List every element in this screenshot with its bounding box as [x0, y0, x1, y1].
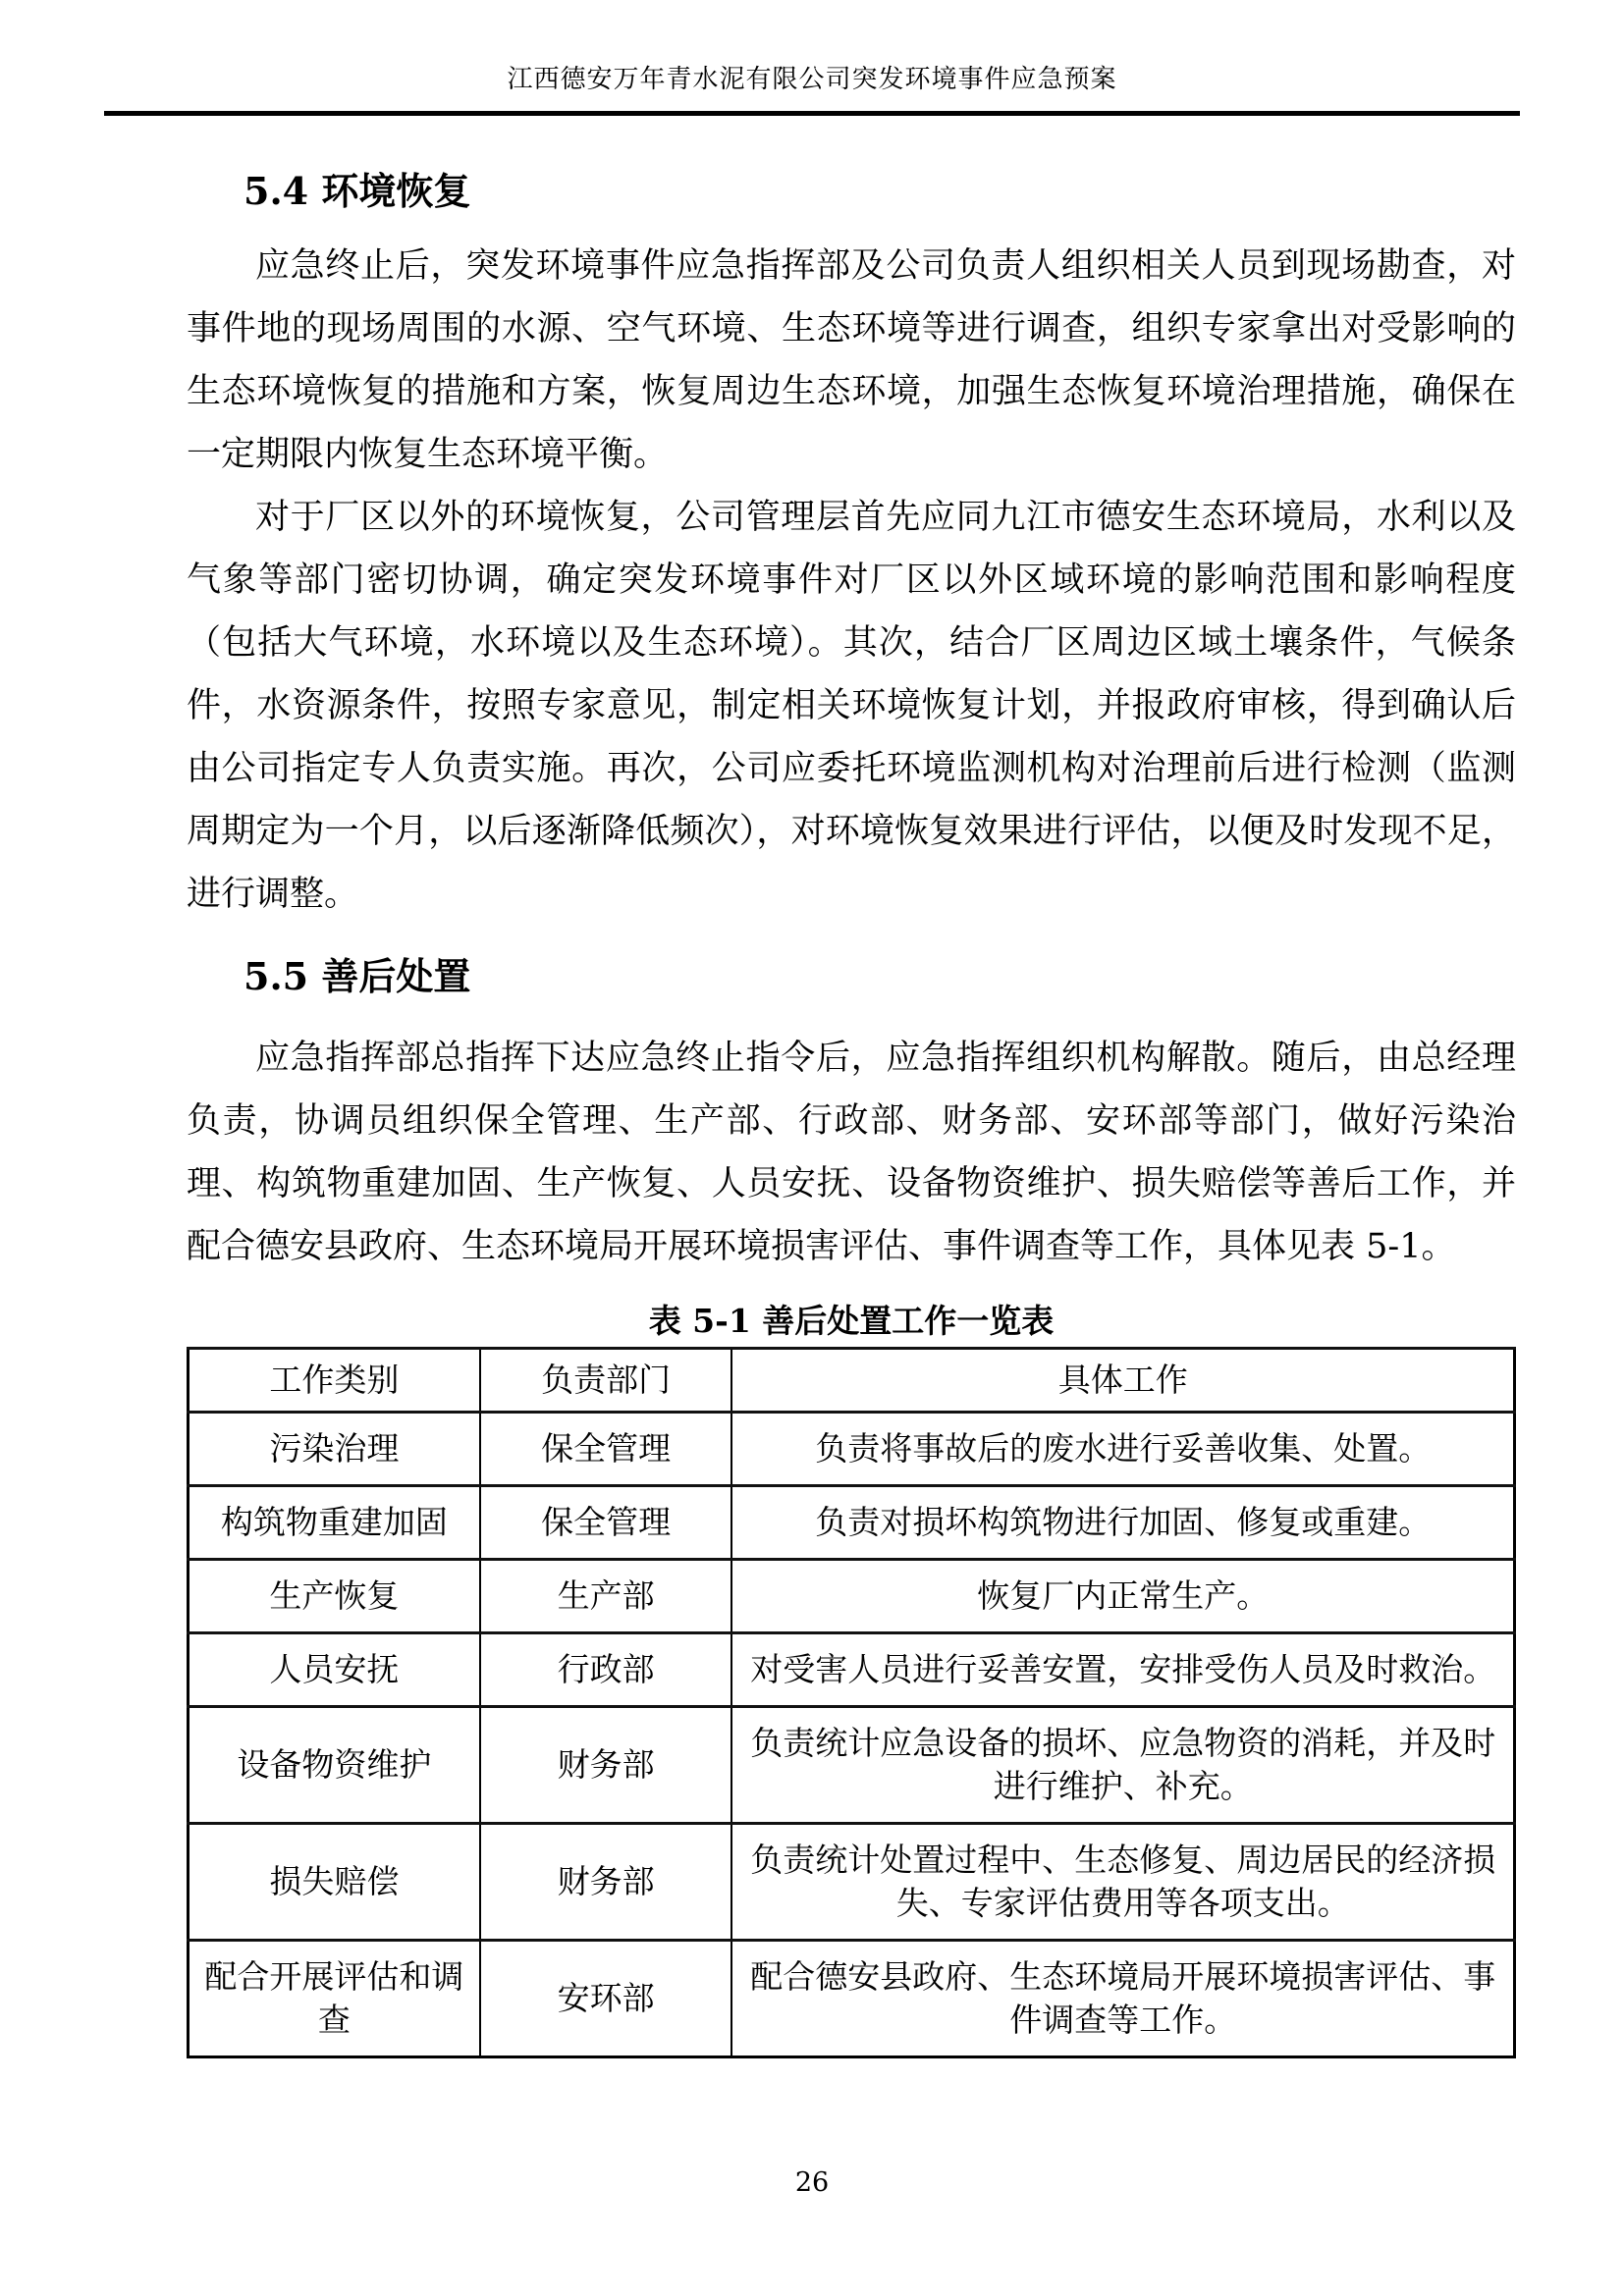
cell-responsible-dept: 安环部 [480, 1941, 732, 2057]
cell-specific-work: 配合德安县政府、生态环境局开展环境损害评估、事件调查等工作。 [731, 1941, 1514, 2057]
table-row: 污染治理 保全管理 负责将事故后的废水进行妥善收集、处置。 [189, 1413, 1515, 1486]
page-footer: 26 [0, 2167, 1624, 2198]
cell-specific-work: 负责统计处置过程中、生态修复、周边居民的经济损失、专家评估费用等各项支出。 [731, 1824, 1514, 1941]
table-row: 人员安抚 行政部 对受害人员进行妥善安置，安排受伤人员及时救治。 [189, 1633, 1515, 1707]
cell-work-category: 构筑物重建加固 [189, 1486, 480, 1560]
table-row: 配合开展评估和调查 安环部 配合德安县政府、生态环境局开展环境损害评估、事件调查… [189, 1941, 1515, 2057]
header-title: 江西德安万年青水泥有限公司突发环境事件应急预案 [0, 65, 1624, 94]
cell-work-category: 生产恢复 [189, 1560, 480, 1633]
paragraph-5-5-1: 应急指挥部总指挥下达应急终止指令后，应急指挥组织机构解散。随后，由总经理负责，协… [187, 1027, 1516, 1278]
cell-work-category: 设备物资维护 [189, 1707, 480, 1824]
cell-specific-work: 负责将事故后的废水进行妥善收集、处置。 [731, 1413, 1514, 1486]
table-row: 设备物资维护 财务部 负责统计应急设备的损坏、应急物资的消耗，并及时进行维护、补… [189, 1707, 1515, 1824]
cell-work-category: 人员安抚 [189, 1633, 480, 1707]
cell-work-category: 污染治理 [189, 1413, 480, 1486]
table-caption: 表 5-1 善后处置工作一览表 [187, 1304, 1516, 1339]
column-header-specific-work: 具体工作 [731, 1349, 1514, 1413]
paragraph-5-4-1: 应急终止后，突发环境事件应急指挥部及公司负责人组织相关人员到现场勘查，对事件地的… [187, 235, 1516, 486]
cell-responsible-dept: 财务部 [480, 1707, 732, 1824]
page-number: 26 [795, 2167, 829, 2198]
column-header-responsible-dept: 负责部门 [480, 1349, 732, 1413]
cell-work-category: 损失赔偿 [189, 1824, 480, 1941]
cell-responsible-dept: 生产部 [480, 1560, 732, 1633]
cell-specific-work: 对受害人员进行妥善安置，安排受伤人员及时救治。 [731, 1633, 1514, 1707]
document-page: 江西德安万年青水泥有限公司突发环境事件应急预案 5.4 环境恢复 应急终止后，突… [0, 0, 1624, 2296]
table-row: 损失赔偿 财务部 负责统计处置过程中、生态修复、周边居民的经济损失、专家评估费用… [189, 1824, 1515, 1941]
cell-specific-work: 恢复厂内正常生产。 [731, 1560, 1514, 1633]
section-heading-5-4: 5.4 环境恢复 [244, 170, 1516, 213]
section-heading-5-5: 5.5 善后处置 [244, 955, 1516, 998]
running-header: 江西德安万年青水泥有限公司突发环境事件应急预案 [0, 0, 1624, 116]
document-body: 5.4 环境恢复 应急终止后，突发环境事件应急指挥部及公司负责人组织相关人员到现… [187, 170, 1516, 2058]
cell-responsible-dept: 保全管理 [480, 1413, 732, 1486]
column-header-work-category: 工作类别 [189, 1349, 480, 1413]
table-header-row: 工作类别 负责部门 具体工作 [189, 1349, 1515, 1413]
table-row: 构筑物重建加固 保全管理 负责对损坏构筑物进行加固、修复或重建。 [189, 1486, 1515, 1560]
paragraph-5-4-2: 对于厂区以外的环境恢复，公司管理层首先应同九江市德安生态环境局，水利以及气象等部… [187, 486, 1516, 926]
cell-responsible-dept: 保全管理 [480, 1486, 732, 1560]
aftermath-work-table: 工作类别 负责部门 具体工作 污染治理 保全管理 负责将事故后的废水进行妥善收集… [187, 1347, 1516, 2058]
cell-specific-work: 负责对损坏构筑物进行加固、修复或重建。 [731, 1486, 1514, 1560]
cell-responsible-dept: 财务部 [480, 1824, 732, 1941]
table-row: 生产恢复 生产部 恢复厂内正常生产。 [189, 1560, 1515, 1633]
cell-work-category: 配合开展评估和调查 [189, 1941, 480, 2057]
header-rule [104, 111, 1520, 116]
cell-responsible-dept: 行政部 [480, 1633, 732, 1707]
cell-specific-work: 负责统计应急设备的损坏、应急物资的消耗，并及时进行维护、补充。 [731, 1707, 1514, 1824]
